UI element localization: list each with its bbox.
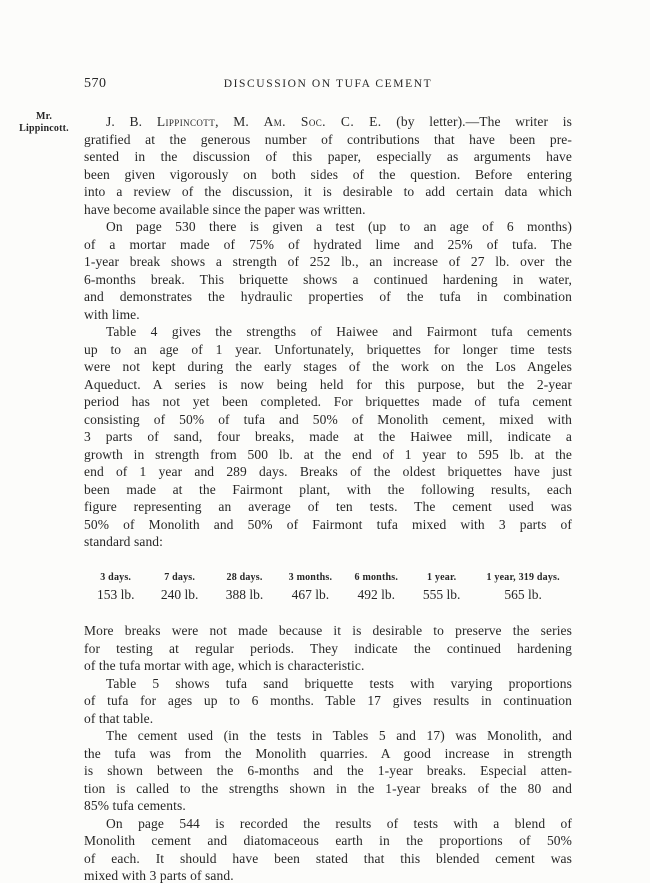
table-header-cell: 3 days. bbox=[84, 572, 147, 584]
small-caps-text: Lippincott bbox=[157, 114, 215, 129]
text-line: Aqueduct. A series is now being held for… bbox=[84, 376, 572, 394]
small-caps-text: Am. Soc. C. E. bbox=[264, 114, 382, 129]
text-line: sented in the discussion of this paper, … bbox=[84, 148, 572, 166]
text-line: is shown between the 6-months and the 1-… bbox=[84, 762, 572, 780]
text-segment: J. B. bbox=[106, 114, 157, 129]
table-value-cell: 555 lb. bbox=[409, 587, 474, 603]
text-line: standard sand: bbox=[84, 533, 572, 551]
running-header: 570 DISCUSSION ON TUFA CEMENT bbox=[84, 76, 572, 94]
text-line: period has not yet been completed. For b… bbox=[84, 393, 572, 411]
text-line: of the tufa mortar with age, which is ch… bbox=[84, 657, 572, 675]
text-line: of tufa for ages up to 6 months. Table 1… bbox=[84, 692, 572, 710]
paragraph: More breaks were not made because it is … bbox=[84, 622, 572, 675]
paragraph: Table 4 gives the strengths of Haiwee an… bbox=[84, 323, 572, 551]
paragraph: On page 530 there is given a test (up to… bbox=[84, 218, 572, 323]
text-line: 85% tufa cements. bbox=[84, 797, 572, 815]
text-line: for testing at regular periods. They ind… bbox=[84, 640, 572, 658]
paragraph: The cement used (in the tests in Tables … bbox=[84, 727, 572, 815]
strength-results-table: 3 days.7 days.28 days.3 months.6 months.… bbox=[84, 572, 572, 603]
text-line: More breaks were not made because it is … bbox=[84, 622, 572, 640]
text-line: Monolith cement and diatomaceous earth i… bbox=[84, 832, 572, 850]
table-header-cell: 3 months. bbox=[277, 572, 343, 584]
page-number: 570 bbox=[84, 76, 107, 92]
text-line: J. B. Lippincott, M. Am. Soc. C. E. (by … bbox=[84, 113, 572, 131]
text-line: end of 1 year and 289 days. Breaks of th… bbox=[84, 463, 572, 481]
running-title: DISCUSSION ON TUFA CEMENT bbox=[224, 78, 433, 90]
margin-note-line: Mr. bbox=[6, 111, 82, 123]
table-value-cell: 153 lb. bbox=[84, 587, 147, 603]
table-value-cell: 565 lb. bbox=[474, 587, 572, 603]
table-value-row: 153 lb.240 lb.388 lb.467 lb.492 lb.555 l… bbox=[84, 587, 572, 603]
text-line: figure representing an average of ten te… bbox=[84, 498, 572, 516]
scanned-book-page: 570 DISCUSSION ON TUFA CEMENT Mr. Lippin… bbox=[0, 0, 650, 883]
table-value-cell: 492 lb. bbox=[344, 587, 409, 603]
text-line: Table 4 gives the strengths of Haiwee an… bbox=[84, 323, 572, 341]
table-header-cell: 1 year, 319 days. bbox=[474, 572, 572, 584]
text-line: 3 parts of sand, four breaks, made at th… bbox=[84, 428, 572, 446]
body-text-upper: J. B. Lippincott, M. Am. Soc. C. E. (by … bbox=[84, 113, 572, 551]
text-line: growth in strength from 500 lb. at the e… bbox=[84, 446, 572, 464]
text-line: Table 5 shows tufa sand briquette tests … bbox=[84, 675, 572, 693]
paragraph: On page 544 is recorded the results of t… bbox=[84, 815, 572, 883]
text-line: were not kept during the early stages of… bbox=[84, 358, 572, 376]
text-line: tion is called to the strengths shown in… bbox=[84, 780, 572, 798]
text-line: On page 544 is recorded the results of t… bbox=[84, 815, 572, 833]
table-header-cell: 1 year. bbox=[409, 572, 474, 584]
table-value-cell: 388 lb. bbox=[212, 587, 277, 603]
text-line: 1-year break shows a strength of 252 lb.… bbox=[84, 253, 572, 271]
text-line: On page 530 there is given a test (up to… bbox=[84, 218, 572, 236]
text-line: 6-months break. This briquette shows a c… bbox=[84, 271, 572, 289]
table-header-cell: 28 days. bbox=[212, 572, 277, 584]
margin-note-line: Lippincott. bbox=[6, 123, 82, 135]
text-line: of a mortar made of 75% of hydrated lime… bbox=[84, 236, 572, 254]
text-line: The cement used (in the tests in Tables … bbox=[84, 727, 572, 745]
table-value-cell: 240 lb. bbox=[147, 587, 211, 603]
table-header-cell: 7 days. bbox=[147, 572, 211, 584]
paragraph: Table 5 shows tufa sand briquette tests … bbox=[84, 675, 572, 728]
text-line: mixed with 3 parts of sand. bbox=[84, 867, 572, 883]
text-line: and demonstrates the hydraulic propertie… bbox=[84, 288, 572, 306]
paragraph: J. B. Lippincott, M. Am. Soc. C. E. (by … bbox=[84, 113, 572, 218]
body-text-lower: More breaks were not made because it is … bbox=[84, 622, 572, 883]
text-segment: (by letter).—The writer is bbox=[382, 114, 572, 129]
table-header-cell: 6 months. bbox=[344, 572, 409, 584]
text-line: the tufa was from the Monolith quarries.… bbox=[84, 745, 572, 763]
margin-note-speaker: Mr. Lippincott. bbox=[6, 111, 82, 134]
text-line: been given vigorously on both sides of t… bbox=[84, 166, 572, 184]
text-line: 50% of Monolith and 50% of Fairmont tufa… bbox=[84, 516, 572, 534]
text-line: of each. It should have been stated that… bbox=[84, 850, 572, 868]
text-segment: , M. bbox=[215, 114, 263, 129]
text-line: up to an age of 1 year. Unfortunately, b… bbox=[84, 341, 572, 359]
text-line: of that table. bbox=[84, 710, 572, 728]
table-value-cell: 467 lb. bbox=[277, 587, 343, 603]
table-header-row: 3 days.7 days.28 days.3 months.6 months.… bbox=[84, 572, 572, 584]
text-line: been made at the Fairmont plant, with th… bbox=[84, 481, 572, 499]
text-line: consisting of 50% of tufa and 50% of Mon… bbox=[84, 411, 572, 429]
text-line: have become available since the paper wa… bbox=[84, 201, 572, 219]
text-line: gratified at the generous number of cont… bbox=[84, 131, 572, 149]
text-line: with lime. bbox=[84, 306, 572, 324]
text-line: into a review of the discussion, it is d… bbox=[84, 183, 572, 201]
